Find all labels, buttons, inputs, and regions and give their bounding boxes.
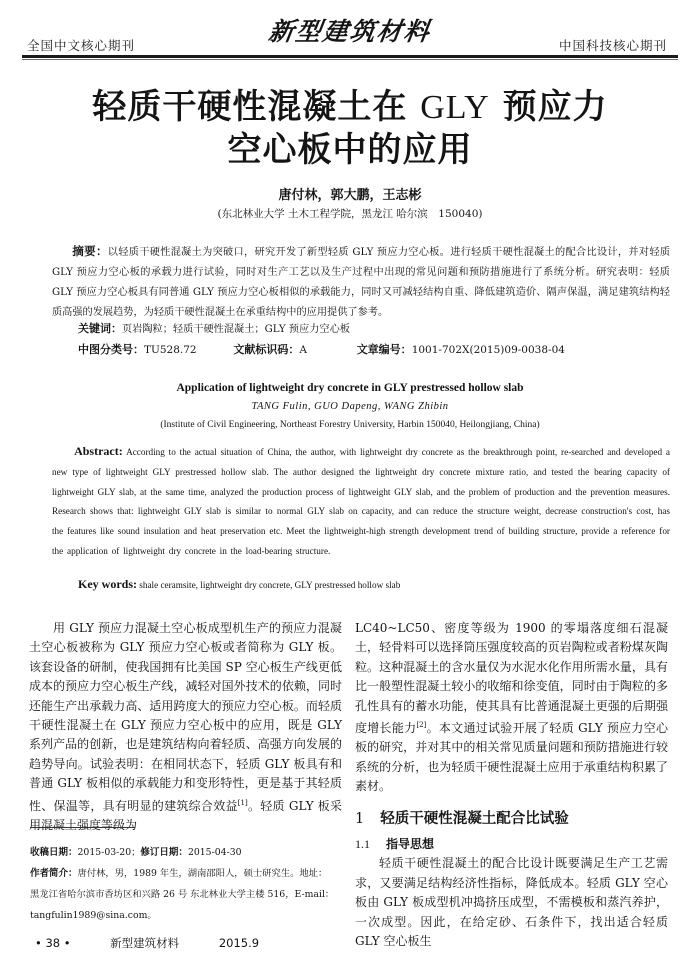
affiliation: (东北林业大学 土木工程学院，黑龙江 哈尔滨 150040) — [0, 206, 700, 221]
abstract-text: 以轻质干硬性混凝土为突破口，研究开发了新型轻质 GLY 预应力空心板。进行轻质干… — [52, 247, 670, 318]
section-heading-1: 1轻质干硬性混凝土配合比试验 — [355, 809, 668, 829]
article-value: 1001-702X(2015)09-0038-04 — [412, 344, 565, 356]
intro-paragraph: 用 GLY 预应力混凝土空心板成型机生产的预应力混凝土空心板被称为 GLY 预应… — [29, 619, 342, 835]
section-title: 轻质干硬性混凝土配合比试验 — [380, 810, 569, 827]
doc-value: A — [299, 344, 307, 356]
english-keywords: Key words: shale ceramsite, lightweight … — [78, 577, 400, 592]
title-part: 预应力 — [503, 87, 608, 127]
subsection-heading-1-1: 1.1指导思想 — [355, 835, 668, 854]
received-value: 2015-03-20； — [78, 847, 141, 858]
title-line-1: 轻质干硬性混凝土在 GLY 预应力 — [40, 86, 660, 129]
section-paragraph: 轻质干硬性混凝土的配合比设计既要满足生产工艺需求，又要满足结构经济性指标，降低成… — [355, 854, 668, 951]
doc-code: 文献标识码：A — [233, 341, 353, 357]
received-label: 收稿日期： — [30, 847, 78, 858]
section-number: 1 — [355, 811, 364, 827]
classification-line: 中图分类号：TU528.72 文献标识码：A 文章编号：1001-702X(20… — [78, 341, 678, 357]
author-bio: 作者简介：唐付林，男，1989 年生，湖南邵阳人，硕士研究生。地址：黑龙江省哈尔… — [30, 863, 335, 926]
header-divider — [22, 55, 678, 58]
header-divider-thin — [22, 59, 678, 60]
clc-number: 中图分类号：TU528.72 — [78, 341, 230, 357]
footer-issue: 2015.9 — [219, 936, 259, 950]
authors: 唐付林，郭大鹏，王志彬 — [0, 184, 700, 203]
clc-label: 中图分类号： — [78, 343, 144, 356]
doc-label: 文献标识码： — [233, 343, 299, 356]
footnote-divider — [30, 827, 135, 828]
dates-line: 收稿日期：2015-03-20；修订日期：2015-04-30 — [30, 842, 335, 863]
header-left-label: 全国中文核心期刊 — [27, 36, 135, 54]
citation-ref: [1] — [238, 799, 248, 807]
english-abstract-label: Abstract: — [74, 444, 123, 458]
journal-logo: 新型建筑材料 — [237, 12, 462, 48]
english-affiliation: (Institute of Civil Engineering, Northea… — [0, 420, 700, 430]
abstract-label: 摘要： — [72, 244, 107, 258]
body-right-column: LC40~LC50、密度等级为 1900 的零塌落度细石混凝土，轻骨料可以选择筒… — [355, 619, 668, 952]
bio-label: 作者简介： — [30, 868, 78, 879]
article-number: 文章编号：1001-702X(2015)09-0038-04 — [357, 341, 565, 357]
clc-value: TU528.72 — [144, 344, 197, 356]
paper-title: 轻质干硬性混凝土在 GLY 预应力 空心板中的应用 — [40, 86, 660, 171]
subsection-number: 1.1 — [355, 837, 370, 851]
article-label: 文章编号： — [357, 343, 412, 356]
revised-value: 2015-04-30 — [188, 847, 242, 858]
revised-label: 修订日期： — [140, 847, 188, 858]
intro-paragraph-continued: LC40~LC50、密度等级为 1900 的零塌落度细石混凝土，轻骨料可以选择筒… — [355, 619, 668, 797]
english-title: Application of lightweight dry concrete … — [0, 382, 700, 394]
keywords-label: 关键词： — [78, 322, 122, 335]
english-abstract-text: According to the actual situation of Chi… — [52, 447, 670, 556]
paragraph-text: LC40~LC50、密度等级为 1900 的零塌落度细石混凝土，轻骨料可以选择筒… — [355, 621, 668, 735]
page-footer: • 38 • 新型建筑材料 2015.9 — [35, 935, 295, 951]
footnote: 收稿日期：2015-03-20；修订日期：2015-04-30 作者简介：唐付林… — [30, 842, 335, 926]
page-number: • 38 • — [35, 936, 71, 950]
citation-ref: [2] — [416, 721, 426, 729]
title-part: 轻质干硬性混凝土在 — [92, 87, 407, 127]
footer-journal: 新型建筑材料 — [110, 936, 179, 950]
english-authors: TANG Fulin, GUO Dapeng, WANG Zhibin — [0, 401, 700, 412]
body-left-column: 用 GLY 预应力混凝土空心板成型机生产的预应力混凝土空心板被称为 GLY 预应… — [29, 619, 342, 835]
title-part-gly: GLY — [420, 89, 489, 126]
english-keywords-text: shale ceramsite, lightweight dry concret… — [139, 580, 400, 590]
title-line-2: 空心板中的应用 — [40, 129, 660, 171]
paragraph-text: 用 GLY 预应力混凝土空心板成型机生产的预应力混凝土空心板被称为 GLY 预应… — [29, 621, 342, 813]
english-abstract: Abstract: According to the actual situat… — [52, 442, 670, 562]
chinese-abstract: 摘要：以轻质干硬性混凝土为突破口，研究开发了新型轻质 GLY 预应力空心板。进行… — [52, 241, 670, 323]
subsection-title: 指导思想 — [386, 837, 434, 851]
english-keywords-label: Key words: — [78, 577, 137, 591]
header-right-label: 中国科技核心期刊 — [559, 36, 667, 54]
keywords: 关键词：页岩陶粒；轻质干硬性混凝土；GLY 预应力空心板 — [78, 320, 350, 336]
keywords-text: 页岩陶粒；轻质干硬性混凝土；GLY 预应力空心板 — [122, 324, 350, 335]
